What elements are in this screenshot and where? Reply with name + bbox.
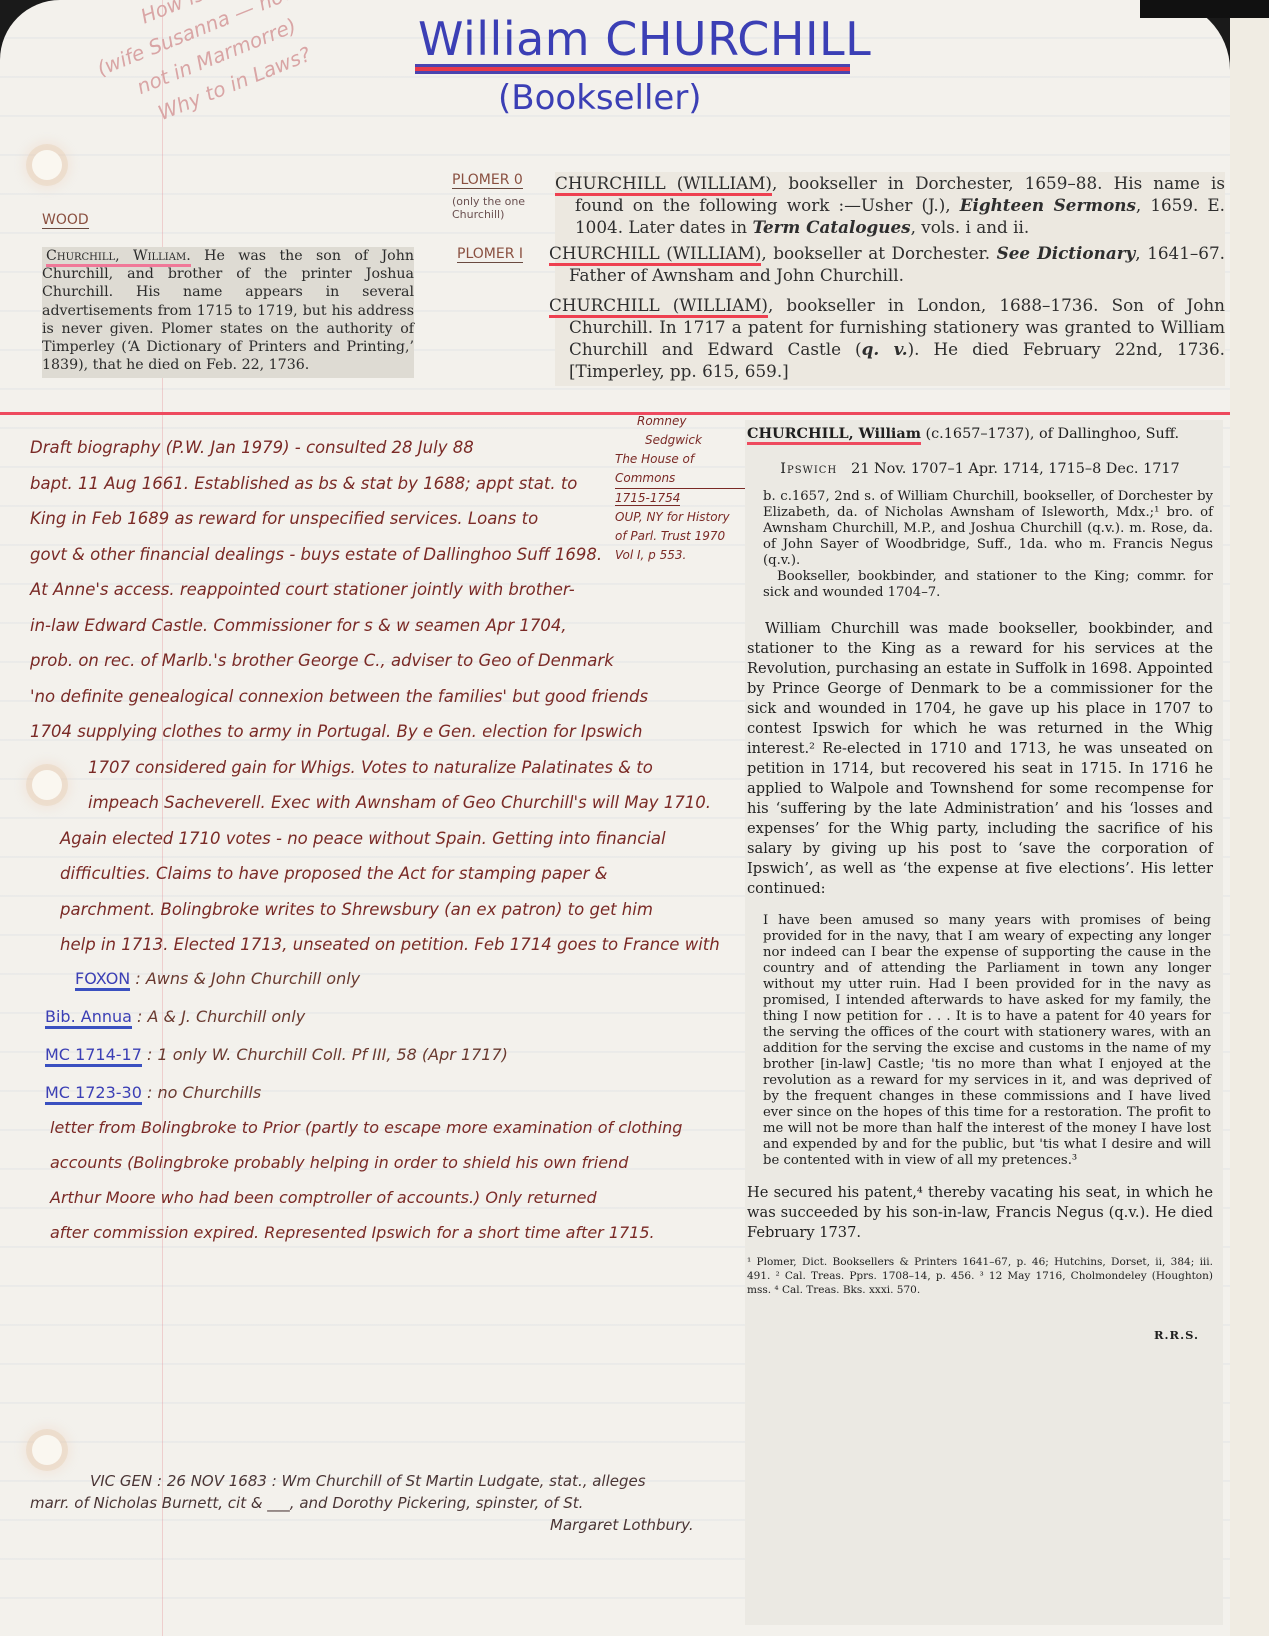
note-line: 1704 supplying clothes to army in Portug…: [30, 714, 760, 750]
entry-head: CHURCHILL (WILLIAM): [555, 173, 772, 196]
hp-body: William Churchill was made bookseller, b…: [747, 619, 1213, 899]
index-card: How is Castle (wife Susanna — not on arr…: [0, 0, 1230, 1636]
reference-value: : no Churchills: [147, 1083, 261, 1102]
plomer-entry: CHURCHILL (WILLIAM), bookseller in Londo…: [549, 294, 1225, 382]
history-of-parliament-clipping: CHURCHILL, William (c.1657–1737), of Dal…: [745, 420, 1223, 1625]
note-line: marr. of Nicholas Burnett, cit & ___, an…: [30, 1492, 750, 1514]
entry-title: See Dictionary: [997, 243, 1136, 263]
plomer-clipping: CHURCHILL (WILLIAM), bookseller in Dorch…: [555, 172, 1225, 386]
citation-line: 1715-1754: [615, 491, 680, 506]
note-line: At Anne's access. reappointed court stat…: [30, 572, 760, 608]
entry-text: , vols. i and ii.: [911, 217, 1030, 237]
wood-clipping: Churchill, William. He was the son of Jo…: [42, 247, 414, 378]
note-line: 'no definite genealogical connexion betw…: [30, 679, 760, 715]
hp-closing: He secured his patent,⁴ thereby vacating…: [747, 1183, 1213, 1243]
citation-line: Vol I, p 553.: [615, 546, 750, 565]
citation-line: Sedgwick: [615, 431, 750, 450]
page-subtitle: (Bookseller): [498, 78, 702, 118]
vic-gen-note: VIC GEN : 26 NOV 1683 : Wm Churchill of …: [30, 1470, 750, 1536]
citation-line: OUP, NY for History: [615, 508, 750, 527]
reference-item: MC 1714-17 : 1 only W. Churchill Coll. P…: [45, 1036, 508, 1074]
page-title: William CHURCHILL: [418, 12, 871, 66]
hp-quote: I have been amused so many years with pr…: [763, 913, 1211, 1169]
note-line: Margaret Lothbury.: [30, 1514, 750, 1536]
hp-name: CHURCHILL, William: [747, 425, 921, 445]
plomer-entry: CHURCHILL (WILLIAM), bookseller at Dorch…: [549, 242, 1225, 286]
note-line: parchment. Bolingbroke writes to Shrewsb…: [30, 892, 760, 928]
hp-signature: R.R.S.: [745, 1325, 1199, 1345]
sedgwick-citation: Romney Sedgwick The House of Commons 171…: [615, 412, 750, 565]
note-line: prob. on rec. of Marlb.'s brother George…: [30, 643, 760, 679]
entry-title: q. v.: [862, 339, 908, 359]
hp-offices: Bookseller, bookbinder, and stationer to…: [763, 569, 1213, 601]
plomer-0-note: (only the one Churchill): [452, 195, 532, 221]
note-line: Again elected 1710 votes - no peace with…: [30, 821, 760, 857]
note-line: 1707 considered gain for Whigs. Votes to…: [30, 750, 760, 786]
plomer-0-label: PLOMER 0: [452, 172, 523, 189]
binder-hole: [32, 1435, 62, 1465]
background-corner: [1140, 0, 1269, 18]
reference-item: MC 1723-30 : no Churchills: [45, 1074, 508, 1112]
wood-entry-head: Churchill, William.: [46, 248, 191, 267]
hp-footnotes: ¹ Plomer, Dict. Booksellers & Printers 1…: [747, 1255, 1213, 1297]
reference-key: MC 1714-17: [45, 1045, 142, 1067]
citation-line: of Parl. Trust 1970: [615, 527, 750, 546]
note-line: in-law Edward Castle. Commissioner for s…: [30, 608, 760, 644]
reference-key: FOXON: [75, 969, 130, 991]
plomer-1-label: PLOMER I: [457, 246, 523, 263]
hp-constituency-name: Ipswich: [780, 461, 837, 477]
entry-title: Term Catalogues: [752, 217, 910, 237]
binder-hole: [32, 150, 62, 180]
note-line: letter from Bolingbroke to Prior (partly…: [50, 1110, 750, 1145]
note-line: after commission expired. Represented Ip…: [50, 1215, 750, 1250]
hp-bio: b. c.1657, 2nd s. of William Churchill, …: [763, 489, 1213, 601]
hp-bio-text: b. c.1657, 2nd s. of William Churchill, …: [763, 489, 1213, 569]
pencil-note: How is Castle (wife Susanna — not on arr…: [80, 0, 406, 144]
hp-heading: CHURCHILL, William (c.1657–1737), of Dal…: [747, 424, 1213, 444]
entry-text: , bookseller at Dorchester.: [761, 243, 996, 263]
reference-value: : A & J. Churchill only: [137, 1007, 305, 1026]
hp-constituency-dates: 21 Nov. 1707–1 Apr. 1714, 1715–8 Dec. 17…: [851, 461, 1180, 477]
hp-constituency: Ipswich21 Nov. 1707–1 Apr. 1714, 1715–8 …: [747, 459, 1213, 479]
reference-value: : Awns & John Churchill only: [135, 969, 360, 988]
note-line: difficulties. Claims to have proposed th…: [30, 856, 760, 892]
note-line: Arthur Moore who had been comptroller of…: [50, 1180, 750, 1215]
hp-heading-rest: (c.1657–1737), of Dallinghoo, Suff.: [921, 426, 1179, 442]
title-underline: [415, 67, 850, 71]
plomer-entry: CHURCHILL (WILLIAM), bookseller in Dorch…: [555, 172, 1225, 238]
note-line: impeach Sacheverell. Exec with Awnsham o…: [30, 785, 760, 821]
reference-value: : 1 only W. Churchill Coll. Pf III, 58 (…: [147, 1045, 508, 1064]
reference-key: MC 1723-30: [45, 1083, 142, 1105]
entry-head: CHURCHILL (WILLIAM): [549, 295, 768, 318]
reference-key: Bib. Annua: [45, 1007, 132, 1029]
note-line: accounts (Bolingbroke probably helping i…: [50, 1145, 750, 1180]
wood-label: WOOD: [42, 212, 89, 229]
reference-item: Bib. Annua : A & J. Churchill only: [45, 998, 508, 1036]
wood-entry-text: He was the son of John Churchill, and br…: [42, 248, 414, 373]
citation-line: Romney: [615, 412, 750, 431]
entry-head: CHURCHILL (WILLIAM): [549, 243, 761, 266]
entry-title: Eighteen Sermons: [960, 195, 1136, 215]
note-line: help in 1713. Elected 1713, unseated on …: [30, 927, 760, 963]
note-line: VIC GEN : 26 NOV 1683 : Wm Churchill of …: [30, 1470, 750, 1492]
reference-list: FOXON : Awns & John Churchill only Bib. …: [45, 960, 508, 1112]
letter-note: letter from Bolingbroke to Prior (partly…: [50, 1110, 750, 1250]
citation-line: The House of Commons: [615, 450, 750, 489]
background-strip: [1230, 0, 1269, 1636]
hp-body-text: William Churchill was made bookseller, b…: [747, 619, 1213, 899]
reference-item: FOXON : Awns & John Churchill only: [45, 960, 508, 998]
